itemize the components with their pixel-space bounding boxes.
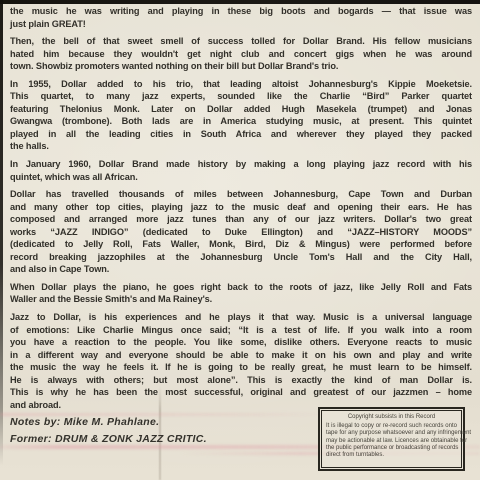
- text-line: (dedicated to Jelly Roll, Fats Waller, M…: [10, 238, 472, 251]
- text-line: record breaking jazzophiles at the Johan…: [10, 251, 472, 264]
- text-line: composed and arranged more jazz tunes th…: [10, 213, 472, 226]
- text-line: of emotions: Like Charlie Mingus once sa…: [10, 324, 472, 337]
- paragraph: Dollar has travelled thousands of miles …: [10, 188, 472, 276]
- text-line: This is why he has been the most success…: [10, 386, 472, 399]
- text-line: the music the way he feels it. If he is …: [10, 361, 472, 374]
- copyright-line: direct from turntables.: [326, 452, 457, 459]
- copyright-line: the public performance or broadcasting o…: [326, 445, 457, 452]
- text-line: quintet, which was all African.: [10, 171, 472, 184]
- copyright-line: It is illegal to copy or re-record such …: [326, 423, 457, 430]
- text-line: you have a reaction to the people. You l…: [10, 336, 472, 349]
- paragraph: Then, the bell of that sweet smell of su…: [10, 35, 472, 73]
- sleeve-top-edge-shadow: [0, 0, 480, 4]
- text-line: When Dollar plays the piano, he goes rig…: [10, 281, 472, 294]
- text-line: in a different way and everyone should b…: [10, 349, 472, 362]
- text-line: Then, the bell of that sweet smell of su…: [10, 35, 472, 48]
- copyright-box: Copyright subsists in this Record It is …: [318, 407, 465, 471]
- text-line: the music he was writing and playing in …: [10, 5, 472, 18]
- credits: Notes by: Mike M. Phahlane. Former: DRUM…: [10, 414, 310, 447]
- copyright-title: Copyright subsists in this Record: [326, 414, 457, 421]
- text-line: and also in Cape Town.: [10, 263, 472, 276]
- record-sleeve-back: the music he was writing and playing in …: [0, 0, 480, 480]
- paragraph: Jazz to Dollar, is his experiences and h…: [10, 311, 472, 411]
- text-line: hated him because they wouldn't get nigh…: [10, 48, 472, 61]
- text-line: works “JAZZ INDIGO” (dedicated to Duke E…: [10, 226, 472, 239]
- copyright-line: tape for any purpose whatsoever and any …: [326, 430, 457, 437]
- text-line: He is always with others; but most alone…: [10, 374, 472, 387]
- text-line: featuring Thelonius Monk. Later on Dolla…: [10, 103, 472, 116]
- text-line: played in all the leading cities in Sout…: [10, 128, 472, 141]
- text-line: In January 1960, Dollar Brand made histo…: [10, 158, 472, 171]
- text-line: and many other top cities, playing jazz …: [10, 201, 472, 214]
- former-critic-line: Former: DRUM & ZONK JAZZ CRITIC.: [10, 431, 310, 448]
- text-line: In 1955, Dollar added to his trio, that …: [10, 78, 472, 91]
- text-line: just plain GREAT!: [10, 18, 472, 31]
- liner-notes: the music he was writing and playing in …: [10, 5, 472, 416]
- notes-by-line: Notes by: Mike M. Phahlane.: [10, 414, 310, 431]
- copyright-text: Copyright subsists in this Record It is …: [321, 410, 462, 468]
- paragraph: In January 1960, Dollar Brand made histo…: [10, 158, 472, 183]
- paragraph: In 1955, Dollar added to his trio, that …: [10, 78, 472, 153]
- text-line: Jazz to Dollar, is his experiences and h…: [10, 311, 472, 324]
- sleeve-left-edge-shadow: [0, 0, 3, 480]
- paragraph: When Dollar plays the piano, he goes rig…: [10, 281, 472, 306]
- text-line: Waller and the Bessie Smith's and Ma Rai…: [10, 293, 472, 306]
- text-line: town. Showbiz promoters wanted nothing o…: [10, 60, 472, 73]
- paragraph: the music he was writing and playing in …: [10, 5, 472, 30]
- copyright-line: may be actionable at law. Licences are o…: [326, 438, 457, 445]
- text-line: Dollar has travelled thousands of miles …: [10, 188, 472, 201]
- text-line: the halls.: [10, 140, 472, 153]
- text-line: This quartet, to many jazz experts, soun…: [10, 90, 472, 103]
- text-line: Gwangwa (trombone). Both lads are in Ame…: [10, 115, 472, 128]
